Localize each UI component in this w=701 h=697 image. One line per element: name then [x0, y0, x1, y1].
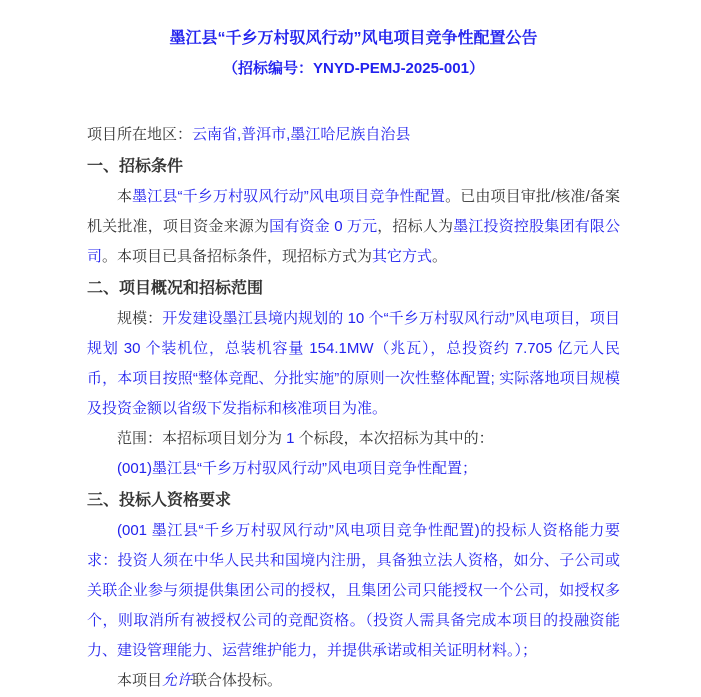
text-run: 本: [117, 188, 132, 205]
text-run: ，招标人为: [377, 218, 453, 235]
text-run: 本项目: [117, 672, 162, 689]
announcement-document: 墨江县“千乡万村驭风行动”风电项目竞争性配置公告 （招标编号：YNYD-PEMJ…: [0, 0, 701, 697]
text-run: 。: [432, 248, 447, 265]
lot-001-line: (001)墨江县“千乡万村驭风行动”风电项目竞争性配置；: [87, 454, 620, 484]
text-run: 范围：本招标项目划分为: [117, 430, 286, 447]
location-value: 云南省,普洱市,墨江哈尼族自治县: [192, 126, 410, 143]
funding-source-value: 国有资金 0 万元: [269, 218, 377, 235]
bidding-conditions-paragraph: 本墨江县“千乡万村驭风行动”风电项目竞争性配置。已由项目审批/核准/备案机关批准…: [87, 182, 620, 272]
page-title: 墨江县“千乡万村驭风行动”风电项目竞争性配置公告: [87, 24, 620, 54]
consortium-line: 本项目允许联合体投标。: [87, 666, 620, 696]
section-1-heading: 一、招标条件: [87, 152, 620, 182]
text-run: 联合体投标。: [192, 672, 282, 689]
bidding-method-value: 其它方式: [372, 248, 432, 265]
project-name-value: 墨江县“千乡万村驭风行动”风电项目竞争性配置: [132, 188, 445, 205]
scale-label: 规模：: [117, 310, 162, 327]
section-2-heading: 二、项目概况和招标范围: [87, 274, 620, 304]
scope-line: 范围：本招标项目划分为 1 个标段，本次招标为其中的：: [87, 424, 620, 454]
project-scale-paragraph: 规模：开发建设墨江县境内规划的 10 个“千乡万村驭风行动”风电项目，项目规划 …: [87, 304, 620, 424]
consortium-allowed-value: 允许: [162, 672, 192, 689]
bidder-qualification-paragraph: (001 墨江县“千乡万村驭风行动”风电项目竞争性配置)的投标人资格能力要求：投…: [87, 516, 620, 666]
section-3-heading: 三、投标人资格要求: [87, 486, 620, 516]
project-location-line: 项目所在地区：云南省,普洱市,墨江哈尼族自治县: [87, 120, 620, 150]
text-run: 。本项目已具备招标条件，现招标方式为: [102, 248, 372, 265]
scale-value: 开发建设墨江县境内规划的 10 个“千乡万村驭风行动”风电项目，项目规划 30 …: [87, 310, 620, 417]
lot-count-value: 1: [286, 430, 294, 447]
bid-number: （招标编号：YNYD-PEMJ-2025-001）: [87, 54, 620, 84]
text-run: 个标段，本次招标为其中的：: [295, 430, 494, 447]
location-label: 项目所在地区：: [87, 126, 192, 143]
lot-001-value: (001)墨江县“千乡万村驭风行动”风电项目竞争性配置；: [117, 460, 477, 477]
qualification-value: (001 墨江县“千乡万村驭风行动”风电项目竞争性配置)的投标人资格能力要求：投…: [87, 522, 620, 659]
document-body: 项目所在地区：云南省,普洱市,墨江哈尼族自治县 一、招标条件 本墨江县“千乡万村…: [87, 120, 620, 696]
